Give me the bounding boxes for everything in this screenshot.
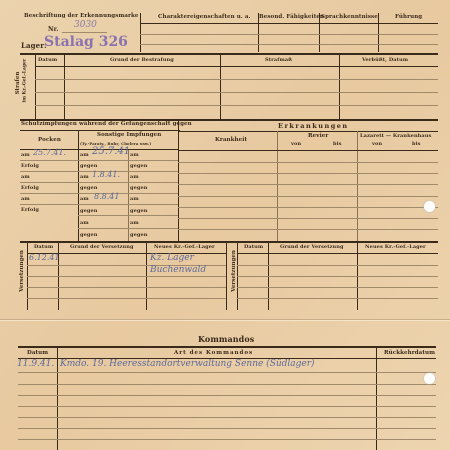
rule <box>140 44 438 45</box>
nr-value: 3030 <box>74 20 97 30</box>
divider <box>357 131 358 241</box>
col-vers-lager-left: Neues Kr.-Gef.-Lager <box>154 244 215 250</box>
strafen-side-label: Strafen <box>15 63 21 103</box>
col-vers-datum-left: Datum <box>34 244 53 250</box>
nr-label: Nr. <box>48 26 58 33</box>
pocken-erfolg: Erfolg <box>21 185 39 191</box>
divider <box>78 130 79 241</box>
kommando-datum: 11.9.41. <box>17 359 54 369</box>
col-faehigkeiten: Besond. Fähigkeiten <box>259 14 324 20</box>
col-komm-datum: Datum <box>27 350 48 356</box>
rule <box>20 130 180 131</box>
lazarett-von: von <box>372 141 382 147</box>
nr-underline <box>62 32 107 33</box>
s1-am: am <box>80 174 89 180</box>
versetzungen-side-label-left: Versetzungen <box>19 249 25 293</box>
versetzung-datum: 6.12.41 <box>29 253 60 262</box>
s1-gegen: gegen <box>80 163 98 169</box>
tag-label: Beschriftung der Erkennungsmarke <box>24 13 139 19</box>
fold-shadow <box>0 319 450 320</box>
divider <box>140 13 141 52</box>
rule <box>35 105 438 106</box>
strafen-side-label-2: im Kr.-Gef.-Lager <box>23 63 28 103</box>
col-vers-grund-right: Grund der Versetzung <box>280 244 344 250</box>
rule <box>35 66 438 67</box>
pocken-erfolg: Erfolg <box>21 207 39 213</box>
versetzung-lager-1: Kz. Lager <box>150 253 194 263</box>
strafen-side-label-1: Strafen <box>15 72 21 95</box>
pocken-erfolg: Erfolg <box>21 163 39 169</box>
impfungen-title: Schutzimpfungen während der Gefangenscha… <box>21 121 192 127</box>
divider <box>64 53 65 119</box>
s2-am: am <box>130 152 139 158</box>
versetzung-lager-2: Buchenwald <box>150 265 206 275</box>
pocken-am: am <box>21 174 30 180</box>
col-revier: Revier <box>308 133 328 139</box>
rule <box>140 34 438 35</box>
divider <box>277 131 278 241</box>
divider <box>339 53 340 119</box>
rule <box>237 253 438 254</box>
lazarett-bis: bis <box>412 141 421 147</box>
punch-hole <box>424 373 435 384</box>
s1-date: 1.8.41. <box>92 170 120 179</box>
rule <box>35 79 438 80</box>
rule <box>20 241 438 243</box>
lager-label: Lager: <box>21 41 47 50</box>
divider <box>178 119 179 241</box>
divider <box>57 346 58 450</box>
s2-am: am <box>130 174 139 180</box>
col-vers-lager-right: Neues Kr.-Gef.-Lager <box>365 244 426 250</box>
col-vers-datum-right: Datum <box>244 244 263 250</box>
col-krankheit: Krankheit <box>215 137 247 143</box>
rule <box>35 92 438 93</box>
s2-gegen: gegen <box>130 208 148 214</box>
col-verbuesst: Verbüßt, Datum <box>362 57 408 63</box>
s2-am: am <box>130 196 139 202</box>
kommandos-title: Kommandos <box>198 334 254 344</box>
divider <box>220 53 221 119</box>
col-vers-grund-left: Grund der Versetzung <box>70 244 134 250</box>
pocken-am: am <box>21 152 30 158</box>
s1-am: am <box>80 196 89 202</box>
col-strafmass: Strafmaß <box>265 57 292 63</box>
revier-von: von <box>291 141 301 147</box>
s1-gegen: gegen <box>80 208 98 214</box>
s1-gegen: gegen <box>80 185 98 191</box>
col-komm-rueckkehr: Rückkehrdatum <box>384 350 435 356</box>
col-grund-bestrafung: Grund der Bestrafung <box>110 57 174 63</box>
divider <box>378 13 379 52</box>
pocken-date: 25.7.41. <box>33 148 66 157</box>
col-strafen-datum: Datum <box>38 57 57 63</box>
pocken-am: am <box>21 196 30 202</box>
divider <box>35 53 36 119</box>
prisoner-record-card: Beschriftung der Erkennungsmarke Nr. 303… <box>0 0 450 450</box>
s1-am: am <box>80 152 89 158</box>
revier-bis: bis <box>333 141 342 147</box>
col-fuehrung: Führung <box>395 14 422 20</box>
s2-gegen: gegen <box>130 232 148 238</box>
rule <box>178 131 438 132</box>
rule <box>18 346 436 348</box>
col-charakter: Charaktereigenschaften u. a. <box>158 14 251 20</box>
col-lazarett: Lazarett — Krankenhaus <box>360 133 431 139</box>
col-pocken: Pocken <box>38 137 61 143</box>
s2-gegen: gegen <box>130 163 148 169</box>
s1-date: 8.8.41 <box>94 192 119 201</box>
kommando-art: Kmdo. 19. Heeresstandortverwaltung Senne… <box>60 359 315 369</box>
s1-gegen: gegen <box>80 232 98 238</box>
erkrankungen-title: Erkrankungen <box>278 122 349 130</box>
rule <box>20 53 438 55</box>
rule <box>178 150 438 151</box>
divider <box>376 346 377 450</box>
col-sprachen: Sprachkenntnisse <box>321 14 378 20</box>
col-komm-art: Art des Kommandos <box>174 350 253 356</box>
s1-date: 25.7.41 <box>92 146 130 157</box>
s2-gegen: gegen <box>130 185 148 191</box>
s1-am: am <box>80 220 89 226</box>
lager-stamp: Stalag 326 <box>44 34 128 50</box>
punch-hole <box>424 201 435 212</box>
divider <box>226 241 227 310</box>
fold-line <box>0 320 450 321</box>
rule <box>140 23 438 24</box>
col-sonstige: Sonstige Impfungen <box>97 132 161 138</box>
s2-am: am <box>130 220 139 226</box>
